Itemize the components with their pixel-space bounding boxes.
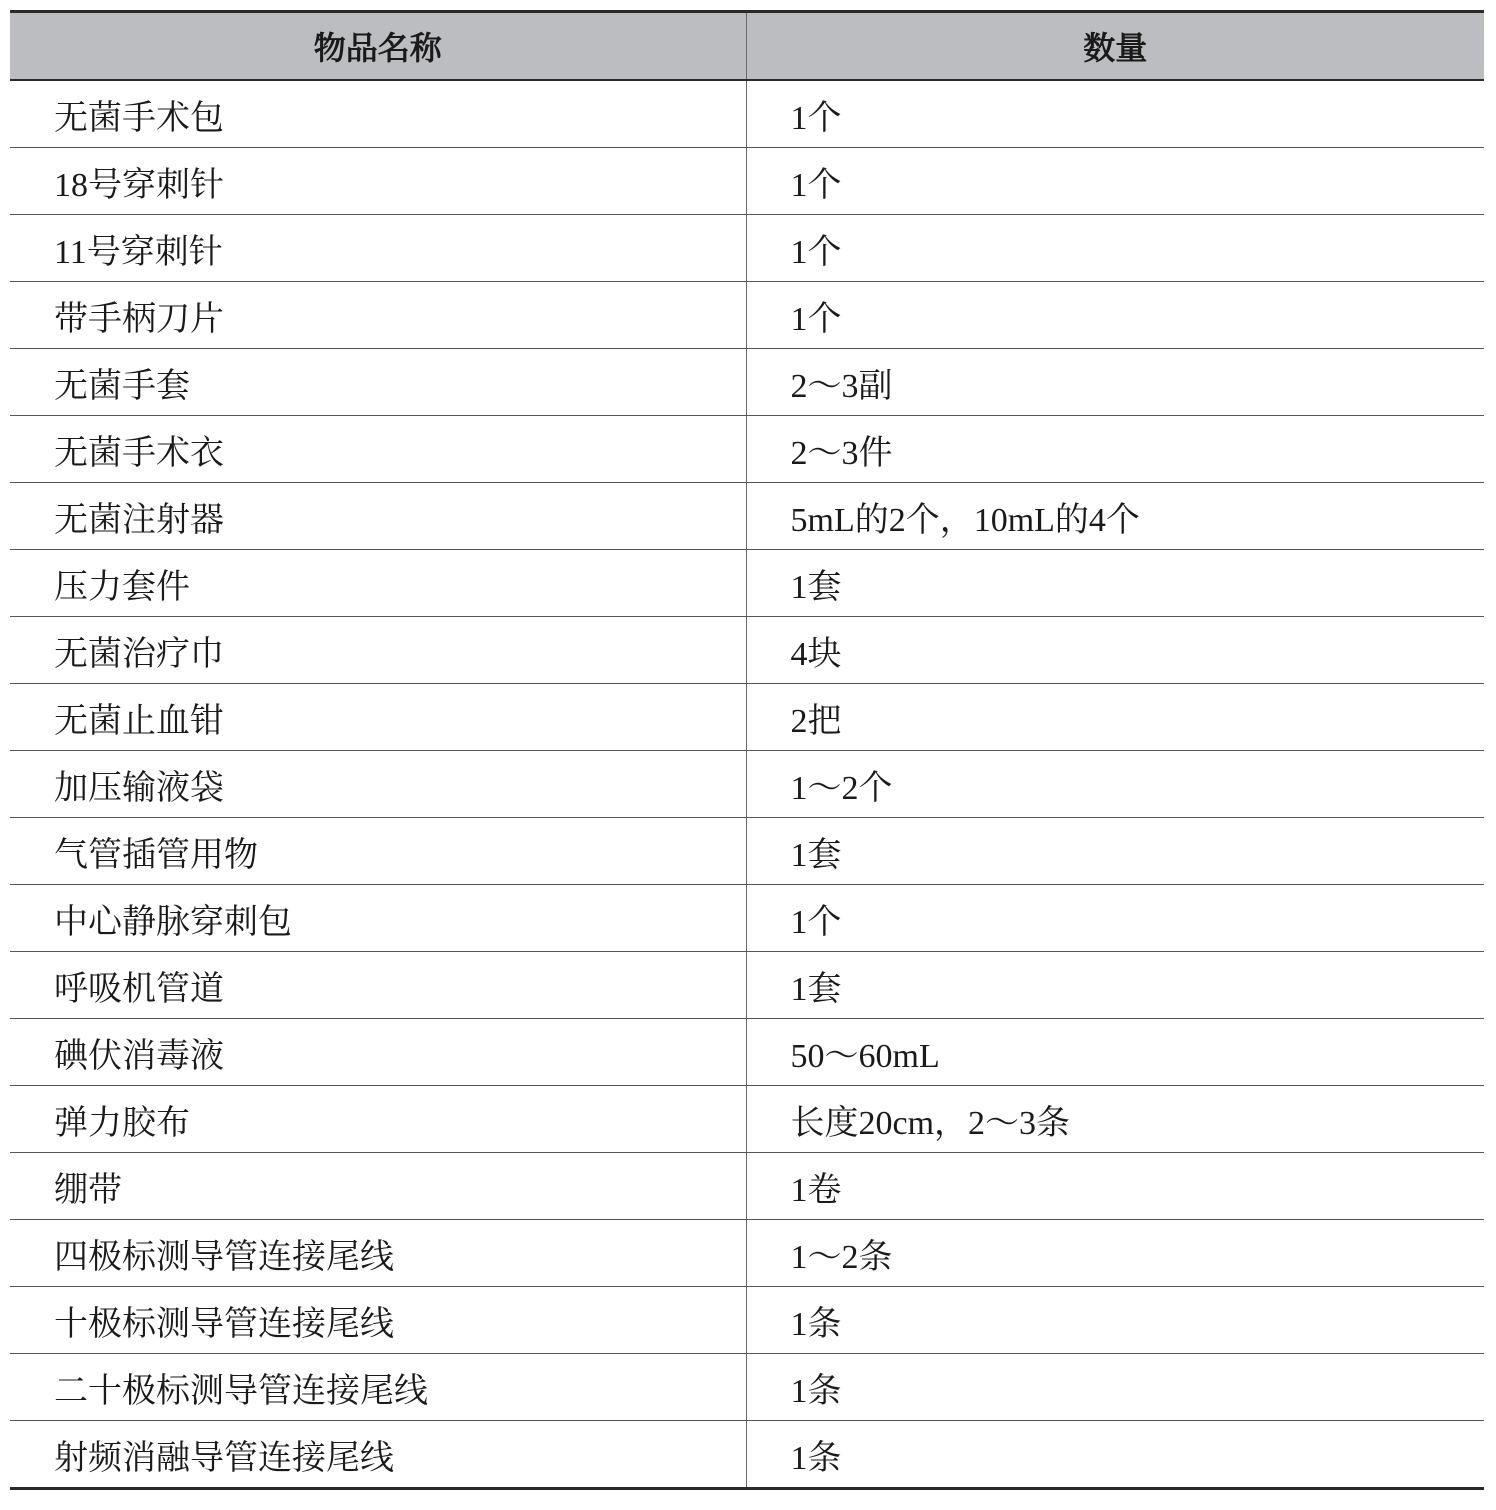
table-body: 无菌手术包1个18号穿刺针1个11号穿刺针1个带手柄刀片1个无菌手套2～3副无菌… [10,80,1484,1489]
quantity-cell: 2把 [746,684,1484,751]
item-name-cell: 射频消融导管连接尾线 [10,1421,746,1489]
column-header-item-name: 物品名称 [10,12,746,81]
table-row: 碘伏消毒液50～60mL [10,1019,1484,1086]
table-row: 射频消融导管连接尾线1条 [10,1421,1484,1489]
quantity-cell: 4块 [746,617,1484,684]
quantity-cell: 1～2个 [746,751,1484,818]
table-row: 无菌止血钳2把 [10,684,1484,751]
item-name-cell: 无菌手术包 [10,80,746,148]
quantity-cell: 长度20cm，2～3条 [746,1086,1484,1153]
quantity-cell: 1个 [746,148,1484,215]
item-name-cell: 无菌注射器 [10,483,746,550]
item-name-cell: 四极标测导管连接尾线 [10,1220,746,1287]
table-row: 11号穿刺针1个 [10,215,1484,282]
item-name-cell: 中心静脉穿刺包 [10,885,746,952]
table-row: 无菌治疗巾4块 [10,617,1484,684]
table-row: 气管插管用物1套 [10,818,1484,885]
quantity-cell: 5mL的2个，10mL的4个 [746,483,1484,550]
table-row: 18号穿刺针1个 [10,148,1484,215]
table-row: 无菌注射器5mL的2个，10mL的4个 [10,483,1484,550]
item-name-cell: 18号穿刺针 [10,148,746,215]
item-name-cell: 碘伏消毒液 [10,1019,746,1086]
item-name-cell: 呼吸机管道 [10,952,746,1019]
table-header-row: 物品名称 数量 [10,12,1484,81]
item-name-cell: 加压输液袋 [10,751,746,818]
item-name-cell: 无菌止血钳 [10,684,746,751]
quantity-cell: 1条 [746,1421,1484,1489]
quantity-cell: 1个 [746,80,1484,148]
quantity-cell: 1个 [746,885,1484,952]
item-name-cell: 无菌手套 [10,349,746,416]
quantity-cell: 1条 [746,1354,1484,1421]
item-name-cell: 绷带 [10,1153,746,1220]
quantity-cell: 1条 [746,1287,1484,1354]
item-name-cell: 压力套件 [10,550,746,617]
table-row: 中心静脉穿刺包1个 [10,885,1484,952]
quantity-cell: 1套 [746,818,1484,885]
quantity-cell: 1套 [746,550,1484,617]
quantity-cell: 1～2条 [746,1220,1484,1287]
item-name-cell: 气管插管用物 [10,818,746,885]
table-row: 无菌手术包1个 [10,80,1484,148]
quantity-cell: 1个 [746,215,1484,282]
table-row: 四极标测导管连接尾线1～2条 [10,1220,1484,1287]
table-row: 带手柄刀片1个 [10,282,1484,349]
item-name-cell: 带手柄刀片 [10,282,746,349]
table-row: 十极标测导管连接尾线1条 [10,1287,1484,1354]
item-name-cell: 无菌手术衣 [10,416,746,483]
quantity-cell: 2～3副 [746,349,1484,416]
item-name-cell: 二十极标测导管连接尾线 [10,1354,746,1421]
quantity-cell: 2～3件 [746,416,1484,483]
table-row: 呼吸机管道1套 [10,952,1484,1019]
item-name-cell: 十极标测导管连接尾线 [10,1287,746,1354]
table-row: 压力套件1套 [10,550,1484,617]
table-row: 绷带1卷 [10,1153,1484,1220]
quantity-cell: 1套 [746,952,1484,1019]
column-header-quantity: 数量 [746,12,1484,81]
supplies-table: 物品名称 数量 无菌手术包1个18号穿刺针1个11号穿刺针1个带手柄刀片1个无菌… [10,10,1484,1490]
quantity-cell: 1卷 [746,1153,1484,1220]
table-row: 加压输液袋1～2个 [10,751,1484,818]
quantity-cell: 1个 [746,282,1484,349]
item-name-cell: 11号穿刺针 [10,215,746,282]
table-row: 无菌手套2～3副 [10,349,1484,416]
table-row: 弹力胶布长度20cm，2～3条 [10,1086,1484,1153]
table-row: 二十极标测导管连接尾线1条 [10,1354,1484,1421]
item-name-cell: 无菌治疗巾 [10,617,746,684]
item-name-cell: 弹力胶布 [10,1086,746,1153]
table-row: 无菌手术衣2～3件 [10,416,1484,483]
quantity-cell: 50～60mL [746,1019,1484,1086]
